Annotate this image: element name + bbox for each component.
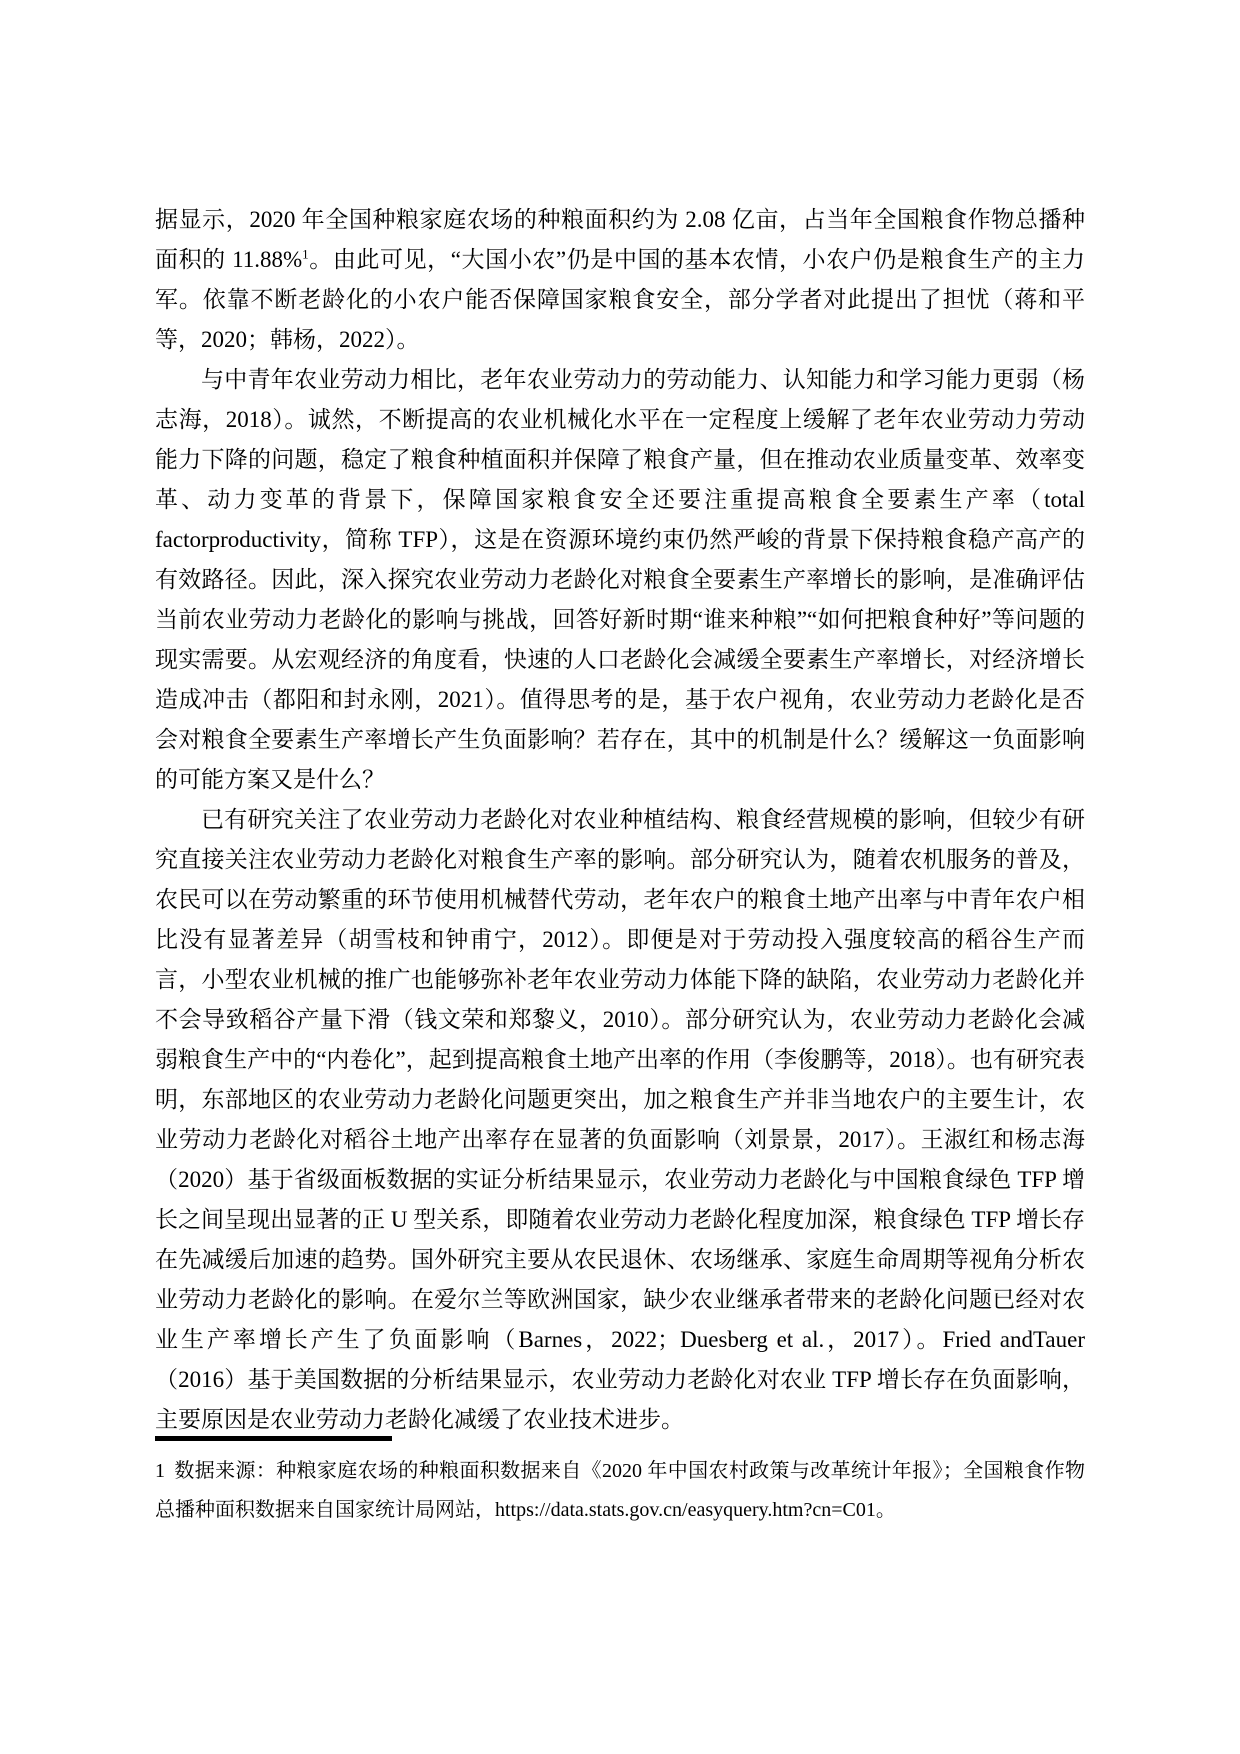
footnote-marker: 1 [155, 1460, 174, 1482]
body-text: 据显示，2020 年全国种粮家庭农场的种粮面积约为 2.08 亿亩，占当年全国粮… [155, 200, 1085, 1440]
paragraph-1: 据显示，2020 年全国种粮家庭农场的种粮面积约为 2.08 亿亩，占当年全国粮… [155, 200, 1085, 360]
document-page: 据显示，2020 年全国种粮家庭农场的种粮面积约为 2.08 亿亩，占当年全国粮… [0, 0, 1240, 1754]
footnote-text: 数据来源：种粮家庭农场的种粮面积数据来自《2020 年中国农村政策与改革统计年报… [155, 1460, 1085, 1521]
footnote: 1数据来源：种粮家庭农场的种粮面积数据来自《2020 年中国农村政策与改革统计年… [155, 1452, 1085, 1530]
paragraph-3: 已有研究关注了农业劳动力老龄化对农业种植结构、粮食经营规模的影响，但较少有研究直… [155, 800, 1085, 1440]
paragraph-2: 与中青年农业劳动力相比，老年农业劳动力的劳动能力、认知能力和学习能力更弱（杨志海… [155, 360, 1085, 800]
footnote-separator-rule [155, 1436, 392, 1441]
